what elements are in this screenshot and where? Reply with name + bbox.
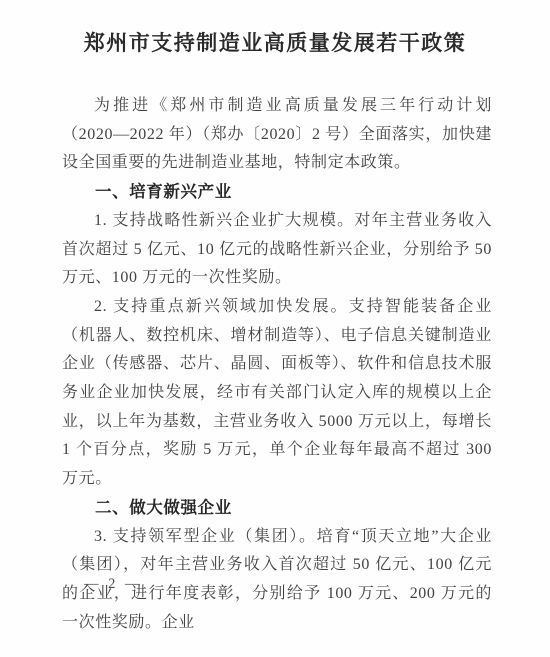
page-number: — 2 — [84, 576, 143, 593]
policy-item-2: 2. 支持重点新兴领域加快发展。支持智能装备企业（机器人、数控机床、增材制造等）… [62, 293, 492, 494]
document-body: 为推进《郑州市制造业高质量发展三年行动计划（2020—2022 年）（郑办〔20… [62, 92, 492, 637]
document-page: 郑州市支持制造业高质量发展若干政策 为推进《郑州市制造业高质量发展三年行动计划（… [0, 0, 550, 657]
intro-paragraph: 为推进《郑州市制造业高质量发展三年行动计划（2020—2022 年）（郑办〔20… [62, 92, 492, 178]
section-heading-1: 一、培育新兴产业 [62, 178, 492, 207]
section-heading-2: 二、做大做强企业 [62, 494, 492, 523]
document-title: 郑州市支持制造业高质量发展若干政策 [48, 30, 502, 56]
policy-item-1: 1. 支持战略性新兴企业扩大规模。对年主营业务收入首次超过 5 亿元、10 亿元… [62, 207, 492, 293]
